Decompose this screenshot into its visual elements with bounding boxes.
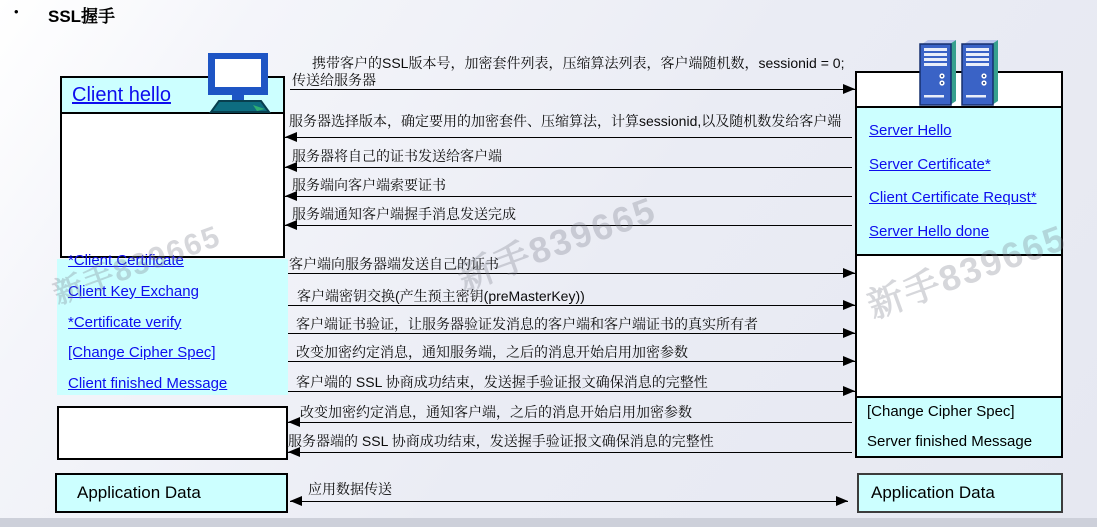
message-arrow-11 xyxy=(288,422,852,423)
message-label-11: 改变加密约定消息，通知客户端，之后的消息开始启用加密参数 xyxy=(300,402,692,422)
server-middle-band xyxy=(857,256,1061,398)
change-cipher-spec-link[interactable]: [Change Cipher Spec] xyxy=(68,344,283,361)
client-application-data-box: Application Data xyxy=(55,473,288,513)
message-label-10: 客户端的 SSL 协商成功结束，发送握手验证报文确保消息的完整性 xyxy=(296,372,708,392)
title-bullet: • xyxy=(14,4,19,19)
message-label-4: 服务端向客户端索要证书 xyxy=(292,175,446,195)
server-application-data-box: Application Data xyxy=(857,473,1063,513)
client-hello-link[interactable]: Client hello xyxy=(72,84,171,107)
message-label-6: 客户端向服务器端发送自己的证书 xyxy=(289,254,499,274)
message-arrow-12 xyxy=(288,452,852,453)
server-box: Server Hello Server Certificate* Client … xyxy=(855,71,1063,458)
page-title: SSL握手 xyxy=(48,2,115,27)
server-application-data-label: Application Data xyxy=(871,483,995,503)
ssl-handshake-diagram: • SSL握手 Client hello *Client Certificate… xyxy=(0,0,1097,527)
computer-icon xyxy=(205,52,271,114)
server-finished-message-label: Server finished Message xyxy=(867,433,1061,450)
client-box-body xyxy=(62,114,283,256)
message-label-3: 服务器将自己的证书发送给客户端 xyxy=(292,146,502,166)
client-key-exchange-link[interactable]: Client Key Exchang xyxy=(68,283,283,300)
message-label-5: 服务端通知客户端握手消息发送完成 xyxy=(292,204,516,224)
message-arrow-4 xyxy=(285,196,852,197)
message-label-2: 服务器选择版本，确定要用的加密套件、压缩算法，计算sessionid,以及随机数… xyxy=(289,111,841,131)
server-certificate-link[interactable]: Server Certificate* xyxy=(869,156,1057,173)
slide-bottom-strip xyxy=(0,518,1097,527)
message-arrow-1 xyxy=(290,89,855,90)
message-label-9: 改变加密约定消息，通知服务端，之后的消息开始启用加密参数 xyxy=(296,342,688,362)
message-label-1: 携带客户的SSL版本号，加密套件列表，压缩算法列表，客户端随机数，session… xyxy=(292,55,854,89)
client-certificate-link[interactable]: *Client Certificate xyxy=(68,252,283,269)
certificate-verify-link[interactable]: *Certificate verify xyxy=(68,314,283,331)
client-application-data-label: Application Data xyxy=(77,483,201,503)
message-arrow-3 xyxy=(285,167,852,168)
server-rack-icon xyxy=(916,39,998,106)
watermark-center: 新手839665 xyxy=(450,182,663,301)
message-arrow-2 xyxy=(285,137,852,138)
server-hello-link[interactable]: Server Hello xyxy=(869,122,1057,139)
message-label-8: 客户端证书验证，让服务器验证发消息的客户端和客户端证书的真实所有者 xyxy=(296,314,758,334)
message-label-12: 服务器端的 SSL 协商成功结束，发送握手验证报文确保消息的完整性 xyxy=(288,431,714,451)
message-arrow-13 xyxy=(290,501,848,502)
message-arrow-5 xyxy=(285,225,852,226)
server-hello-done-link[interactable]: Server Hello done xyxy=(869,223,1057,240)
message-label-13: 应用数据传送 xyxy=(308,479,392,499)
server-change-cipher-spec-label: [Change Cipher Spec] xyxy=(867,403,1061,420)
client-links: *Client Certificate Client Key Exchang *… xyxy=(68,252,283,392)
client-lower-box xyxy=(57,406,288,460)
client-finished-message-link[interactable]: Client finished Message xyxy=(68,375,283,392)
server-links-band: Server Hello Server Certificate* Client … xyxy=(857,108,1061,256)
server-finish-band: [Change Cipher Spec] Server finished Mes… xyxy=(857,398,1061,456)
message-label-7: 客户端密钥交换(产生预主密钥(preMasterKey)) xyxy=(297,286,585,306)
client-certificate-request-link[interactable]: Client Certificate Requst* xyxy=(869,189,1057,206)
